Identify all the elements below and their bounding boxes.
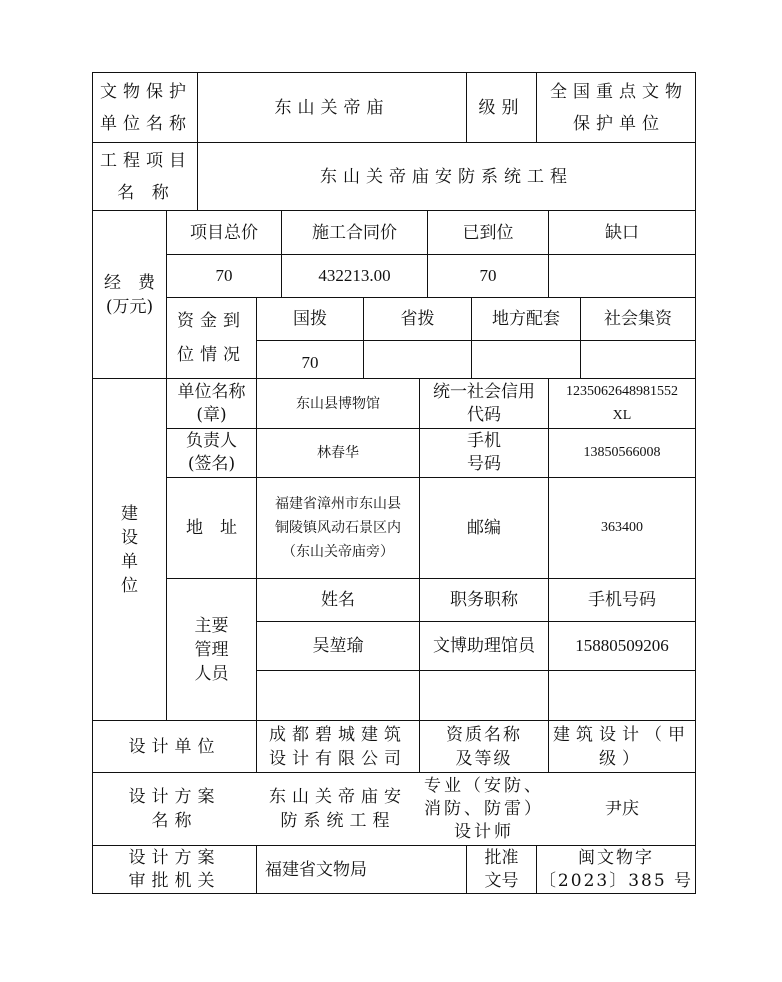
project-name-label: 工程项目 名 称 <box>96 145 196 209</box>
staff-row-2-phone <box>549 671 695 720</box>
staff-row-2-title <box>420 671 548 720</box>
qualification-value: 建筑设计（甲 级） <box>549 721 695 772</box>
level-label: 级别 <box>467 73 536 142</box>
funding-gap-value <box>549 255 695 297</box>
funding-col-contract: 施工合同价 <box>282 211 427 254</box>
approval-authority-value: 福建省文物局 <box>257 846 466 893</box>
designer-label: 专业（安防、 消防、防雷） 设计师 <box>420 773 548 845</box>
staff-row-1-phone: 15880509206 <box>549 622 695 670</box>
leader-value: 林春华 <box>257 429 419 477</box>
unit-name-label: 文物保护 单位名称 <box>96 76 196 140</box>
builder-name-label: 单位名称 (章) <box>167 379 256 428</box>
leader-label: 负责人 (签名) <box>167 429 256 477</box>
zip-value: 363400 <box>549 478 695 578</box>
approval-doc-label: 批准 文号 <box>467 846 536 893</box>
level-value: 全国重点文物 保护单位 <box>537 73 695 142</box>
arrival-col-social: 社会集资 <box>581 298 695 340</box>
staff-col-phone: 手机号码 <box>549 579 695 621</box>
funding-col-total: 项目总价 <box>167 211 281 254</box>
qualification-label: 资质名称 及等级 <box>420 721 548 772</box>
arrival-provincial-value <box>364 341 471 378</box>
plan-name-value: 东山关帝庙安 防系统工程 <box>257 773 419 845</box>
phone-value: 13850566008 <box>549 429 695 477</box>
funding-label: 经 费 (万元) <box>93 211 166 378</box>
arrival-col-provincial: 省拨 <box>364 298 471 340</box>
arrival-social-value <box>581 341 695 378</box>
staff-row-1-title: 文博助理馆员 <box>420 622 548 670</box>
staff-row-2-name <box>257 671 419 720</box>
address-label: 地 址 <box>167 478 256 578</box>
funding-col-arrived: 已到位 <box>428 211 548 254</box>
unit-name-value: 东山关帝庙 <box>198 73 466 142</box>
builder-name-value: 东山县博物馆 <box>257 379 419 428</box>
arrival-national-value: 70 <box>257 341 363 378</box>
builder-section-label: 建 设 单 位 <box>93 379 166 720</box>
plan-name-label: 设计方案 名称 <box>93 773 256 845</box>
border-right <box>695 72 696 894</box>
funding-col-gap: 缺口 <box>549 211 695 254</box>
address-value: 福建省漳州市东山县 铜陵镇风动石景区内 （东山关帝庙旁） <box>257 478 419 578</box>
staff-col-name: 姓名 <box>257 579 419 621</box>
credit-code-label: 统一社会信用 代码 <box>420 379 548 428</box>
staff-row-1-name: 吴堃瑜 <box>257 622 419 670</box>
arrival-col-local: 地方配套 <box>472 298 580 340</box>
approval-authority-label: 设计方案 审批机关 <box>93 846 256 893</box>
design-unit-value: 成都碧城建筑 设计有限公司 <box>257 721 419 772</box>
funding-arrived-value: 70 <box>428 255 548 297</box>
staff-label: 主要 管理 人员 <box>167 579 256 720</box>
border-bottom <box>92 893 696 894</box>
phone-label: 手机 号码 <box>420 429 548 477</box>
designer-value: 尹庆 <box>549 773 695 845</box>
project-name-value: 东山关帝庙安防系统工程 <box>198 143 695 210</box>
approval-doc-value: 闽文物字 〔2023〕385 号 <box>537 846 695 893</box>
arrival-local-value <box>472 341 580 378</box>
arrival-label: 资金到 位情况 <box>167 298 256 378</box>
arrival-col-national: 国拨 <box>257 298 363 340</box>
credit-code-value: 1235062648981552 XL <box>549 379 695 428</box>
design-unit-label: 设计单位 <box>93 721 256 772</box>
funding-total-value: 70 <box>167 255 281 297</box>
zip-label: 邮编 <box>420 478 548 578</box>
staff-col-title: 职务职称 <box>420 579 548 621</box>
funding-contract-value: 432213.00 <box>282 255 427 297</box>
